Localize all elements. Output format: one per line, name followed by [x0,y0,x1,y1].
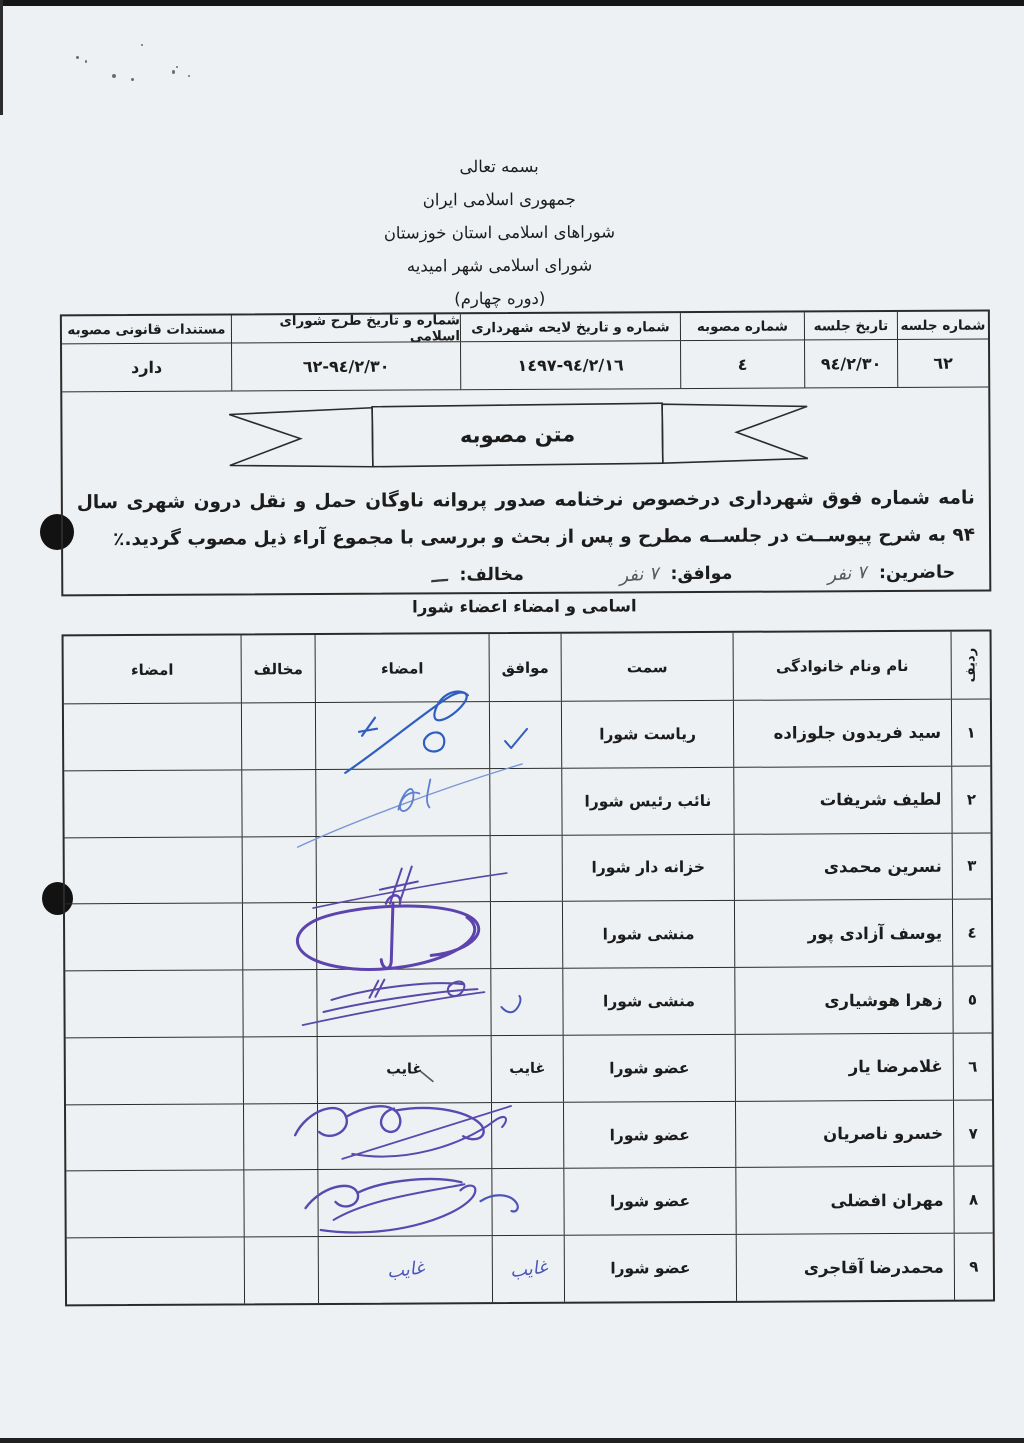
row-number: ٩ [954,1234,993,1300]
col-oppose: مخالف [241,635,315,702]
table-row: ٩ محمدرضا آقاجری عضو شورا غایب غایب [67,1233,993,1305]
agree-cell [491,1169,563,1235]
signature-cell-2 [65,837,242,904]
vote-summary-line: حاضرین: ٧ نفر موافق: ٧ نفر مخالف: ـــ [63,557,989,592]
member-position: ریاست شورا [561,701,733,768]
signature-cell-2 [64,770,241,837]
table-row: ٧ خسرو ناصریان عضو شورا [66,1099,992,1171]
council-plan-value: ٩٤/٢/٣٠-٦٢ [231,342,460,390]
municipality-bill-header: شماره و تاریخ لایحه شهرداری [460,313,680,341]
resolution-ribbon-banner: متن مصوبه [226,399,811,476]
oppose-cell [244,1237,318,1303]
oppose-cell [241,703,315,769]
ribbon-left-flag [229,408,373,469]
agree-cell [490,902,562,968]
oppose-cell [243,1104,317,1170]
ribbon-right-flag [662,402,808,463]
member-name: نسرین محمدی [734,833,952,900]
signature-cell [317,1170,491,1237]
ribbon-title: متن مصوبه [372,401,663,469]
oppose-label: مخالف: [459,565,524,585]
signature-cell-2 [64,703,241,770]
table-row: ٥ زهرا هوشیاری منشی شورا [65,966,991,1038]
oppose-cell [242,903,316,969]
municipality-bill-value: ٩٤/٢/١٦-١٤٩٧ [460,341,680,389]
member-name: مهران افضلی [735,1167,953,1234]
row-number: ٧ [953,1100,992,1166]
agree-label: موافق: [670,564,732,584]
member-position: عضو شورا [564,1235,736,1302]
resolution-body-text: نامه شماره فوق شهرداری درخصوص نرخنامه صد… [77,480,975,559]
oppose-cell [241,770,315,836]
resolution-info-box: شماره جلسه تاریخ جلسه شماره مصوبه شماره … [60,309,991,596]
country-line: جمهوری اسلامی ایران [0,180,1001,218]
oppose-cell [242,837,316,903]
signature-cell [317,1103,491,1170]
resolution-number-value: ٤ [680,340,804,388]
member-name: سید فریدون جلوزاده [733,700,951,767]
member-position: منشی شورا [562,901,734,968]
document-content: بسمه تعالی جمهوری اسلامی ایران شوراهای ا… [0,0,1024,1443]
table-row: ٢ لطیف شریفات نائب رئیس شورا [64,765,990,837]
agree-handwritten-value: ٧ نفر [618,562,659,586]
oppose-group: مخالف: ـــ [432,564,524,585]
province-council-line: شوراهای اسلامی استان خوزستان [0,213,1002,251]
member-name: خسرو ناصریان [735,1100,953,1167]
row-number: ٨ [953,1167,992,1233]
signature-cell-2 [65,904,242,971]
session-date-header: تاریخ جلسه [804,312,897,339]
signature-cell-2 [66,1171,243,1238]
present-handwritten-value: ٧ نفر [827,561,868,585]
agree-cell [490,835,562,901]
agree-group: موافق: ٧ نفر [619,563,733,585]
signature-cell [315,702,489,769]
member-position: عضو شورا [563,1035,735,1102]
table-row: ٣ نسرین محمدی خزانه دار شورا [65,832,991,904]
member-name: زهرا هوشیاری [734,967,952,1034]
table-row: ٤ یوسف آزادی پور منشی شورا [65,899,991,971]
present-group: حاضرین: ٧ نفر [827,562,955,584]
member-name: لطیف شریفات [733,766,951,833]
agree-cell [489,769,561,835]
col-agree: موافق [489,634,561,701]
member-position: منشی شورا [562,968,734,1035]
row-number: ٤ [952,900,991,966]
signature-cell-2 [66,1104,243,1171]
row-number: ٦ [953,1033,992,1099]
signature-cell [316,902,490,969]
signature-cell-2 [66,1037,243,1104]
oppose-dash-value: ـــ [431,564,448,586]
letterhead: بسمه تعالی جمهوری اسلامی ایران شوراهای ا… [0,147,1002,317]
council-plan-header: شماره و تاریخ طرح شورای اسلامی [231,314,460,342]
agree-cell [491,1102,563,1168]
signature-cell [315,769,489,836]
info-table-value-row: ٦٢ ٩٤/٢/٣٠ ٤ ٩٤/٢/١٦-١٤٩٧ ٩٤/٢/٣٠-٦٢ دار… [62,340,988,393]
city-council-line: شورای اسلامی شهر امیدیه [0,246,1002,284]
present-label: حاضرین: [879,563,955,583]
resolution-number-header: شماره مصوبه [680,312,804,340]
session-date-value: ٩٤/٢/٣٠ [804,340,897,387]
table-row: ١ سید فریدون جلوزاده ریاست شورا [64,699,990,770]
agree-cell [489,702,561,768]
member-name: یوسف آزادی پور [734,900,952,967]
signature-cell [316,969,490,1036]
member-position: نائب رئیس شورا [561,768,733,835]
signature-table: ردیف نام ونام خانوادگی سمت موافق امضاء م… [62,629,996,1306]
session-number-value: ٦٢ [897,340,988,387]
member-position: عضو شورا [563,1168,735,1235]
signature-cell-2 [65,971,242,1038]
member-name: غلامرضا یار [735,1034,953,1101]
table-row: ٦ غلامرضا یار عضو شورا غایب غایب [66,1032,992,1104]
signature-cell-2 [67,1238,244,1305]
agree-absent-text: غایب [491,1036,563,1102]
row-number: ٢ [951,766,990,832]
agree-cell [490,969,562,1035]
member-position: خزانه دار شورا [562,834,734,901]
legal-docs-header: مستندات قانونی مصوبه [62,315,231,343]
legal-docs-value: دارد [62,343,231,391]
member-name: محمدرضا آقاجری [736,1234,954,1301]
member-position: عضو شورا [563,1102,735,1169]
signature-absent-handwritten: غایب [385,1257,425,1283]
session-number-header: شماره جلسه [897,312,988,339]
oppose-cell [243,1170,317,1236]
oppose-cell [242,970,316,1036]
col-name: نام ونام خانوادگی [733,632,951,700]
col-position: سمت [561,633,733,701]
agree-absent-handwritten: غایب [508,1256,548,1282]
table-row: ٨ مهران افضلی عضو شورا [66,1166,992,1238]
oppose-cell [243,1037,317,1103]
signature-absent-text: غایب [317,1036,491,1103]
row-number: ٣ [952,833,991,899]
col-signature-2: امضاء [64,635,241,703]
col-signature: امضاء [315,634,489,702]
row-number: ١ [951,699,990,765]
signature-cell [316,836,490,903]
signature-table-header: ردیف نام ونام خانوادگی سمت موافق امضاء م… [64,631,990,704]
col-row-number: ردیف [951,631,990,698]
row-number: ٥ [952,967,991,1033]
signature-section-title: اسامی و امضاء اعضاء شورا [61,595,987,619]
besmele-line: بسمه تعالی [0,147,1001,185]
scanned-council-resolution-page: بسمه تعالی جمهوری اسلامی ایران شوراهای ا… [0,0,1024,1443]
